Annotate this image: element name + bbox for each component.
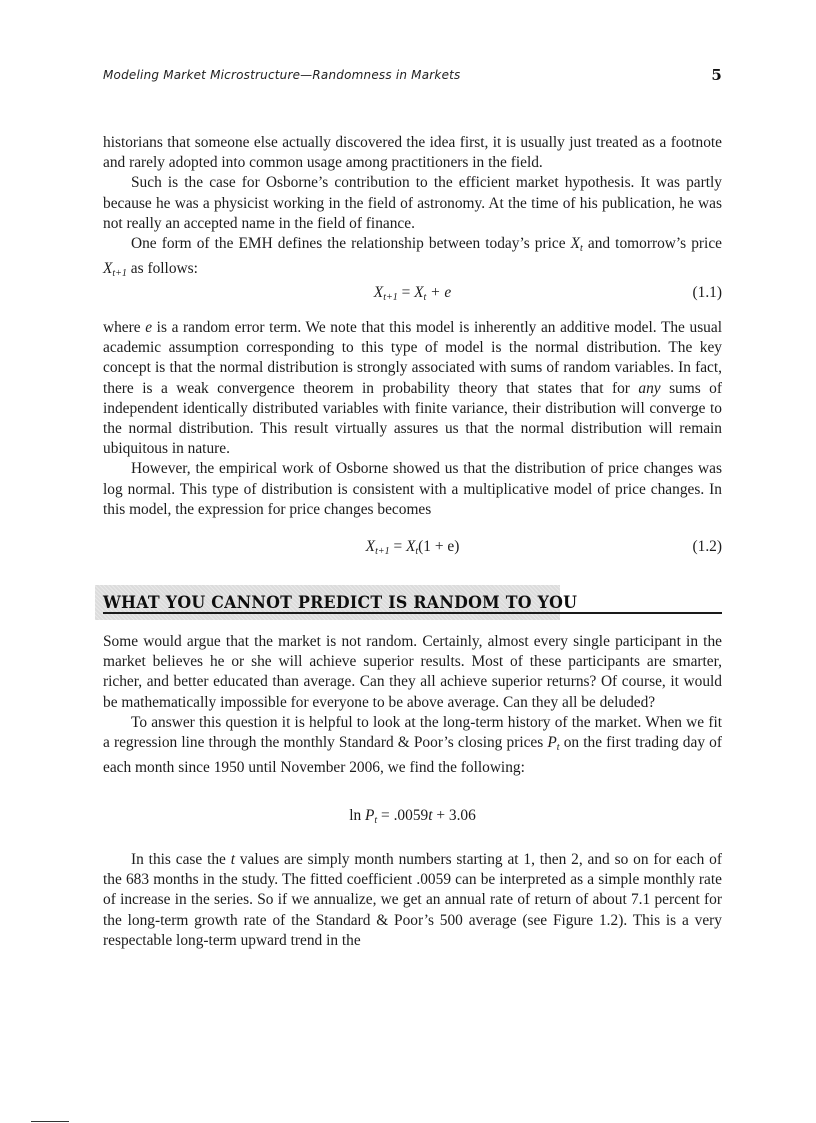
- page-number: 5: [711, 66, 722, 84]
- section-heading-text: WHAT YOU CANNOT PREDICT IS RANDOM TO YOU: [103, 593, 577, 613]
- math-subscript: t+1: [112, 268, 127, 279]
- book-page: Modeling Market Microstructure—Randomnes…: [0, 0, 816, 1123]
- text-block-additive: where e is a random error term. We note …: [103, 318, 722, 520]
- equation-1-1: Xt+1 = Xt + e (1.1): [103, 284, 722, 306]
- text-block-section: Some would argue that the market is not …: [103, 632, 722, 778]
- math-var: X: [103, 260, 112, 277]
- paragraph-lognormal: However, the empirical work of Osborne s…: [103, 459, 722, 520]
- text-run: as follows:: [127, 260, 198, 277]
- running-title: Modeling Market Microstructure—Randomnes…: [103, 68, 461, 82]
- equation-expression: Xt+1 = Xt(1 + e): [103, 538, 722, 557]
- text-run: and tomorrow’s price: [583, 235, 722, 252]
- paragraph-additive: where e is a random error term. We note …: [103, 318, 722, 459]
- regression-equation: ln Pt = .0059t + 3.06: [103, 807, 722, 829]
- text-block-intro: historians that someone else actually di…: [103, 133, 722, 284]
- equation-number: (1.2): [693, 538, 723, 556]
- text-block-closing: In this case the t values are simply mon…: [103, 850, 722, 951]
- section-heading: WHAT YOU CANNOT PREDICT IS RANDOM TO YOU: [95, 585, 722, 621]
- paragraph-emh-intro: One form of the EMH defines the relation…: [103, 234, 722, 284]
- heading-rule: [103, 612, 722, 614]
- math-var: X: [571, 235, 580, 252]
- equation-expression: ln Pt = .0059t + 3.06: [103, 807, 722, 826]
- paragraph: historians that someone else actually di…: [103, 133, 722, 173]
- running-header: Modeling Market Microstructure—Randomnes…: [103, 66, 722, 86]
- paragraph-closing: In this case the t values are simply mon…: [103, 850, 722, 951]
- crop-mark: [31, 1121, 69, 1122]
- equation-number: (1.1): [693, 284, 723, 302]
- paragraph: Such is the case for Osborne’s contribut…: [103, 173, 722, 234]
- equation-1-2: Xt+1 = Xt(1 + e) (1.2): [103, 538, 722, 560]
- text-run: One form of the EMH defines the relation…: [131, 235, 571, 252]
- paragraph: Some would argue that the market is not …: [103, 632, 722, 713]
- equation-expression: Xt+1 = Xt + e: [103, 284, 722, 303]
- paragraph-regression-intro: To answer this question it is helpful to…: [103, 713, 722, 779]
